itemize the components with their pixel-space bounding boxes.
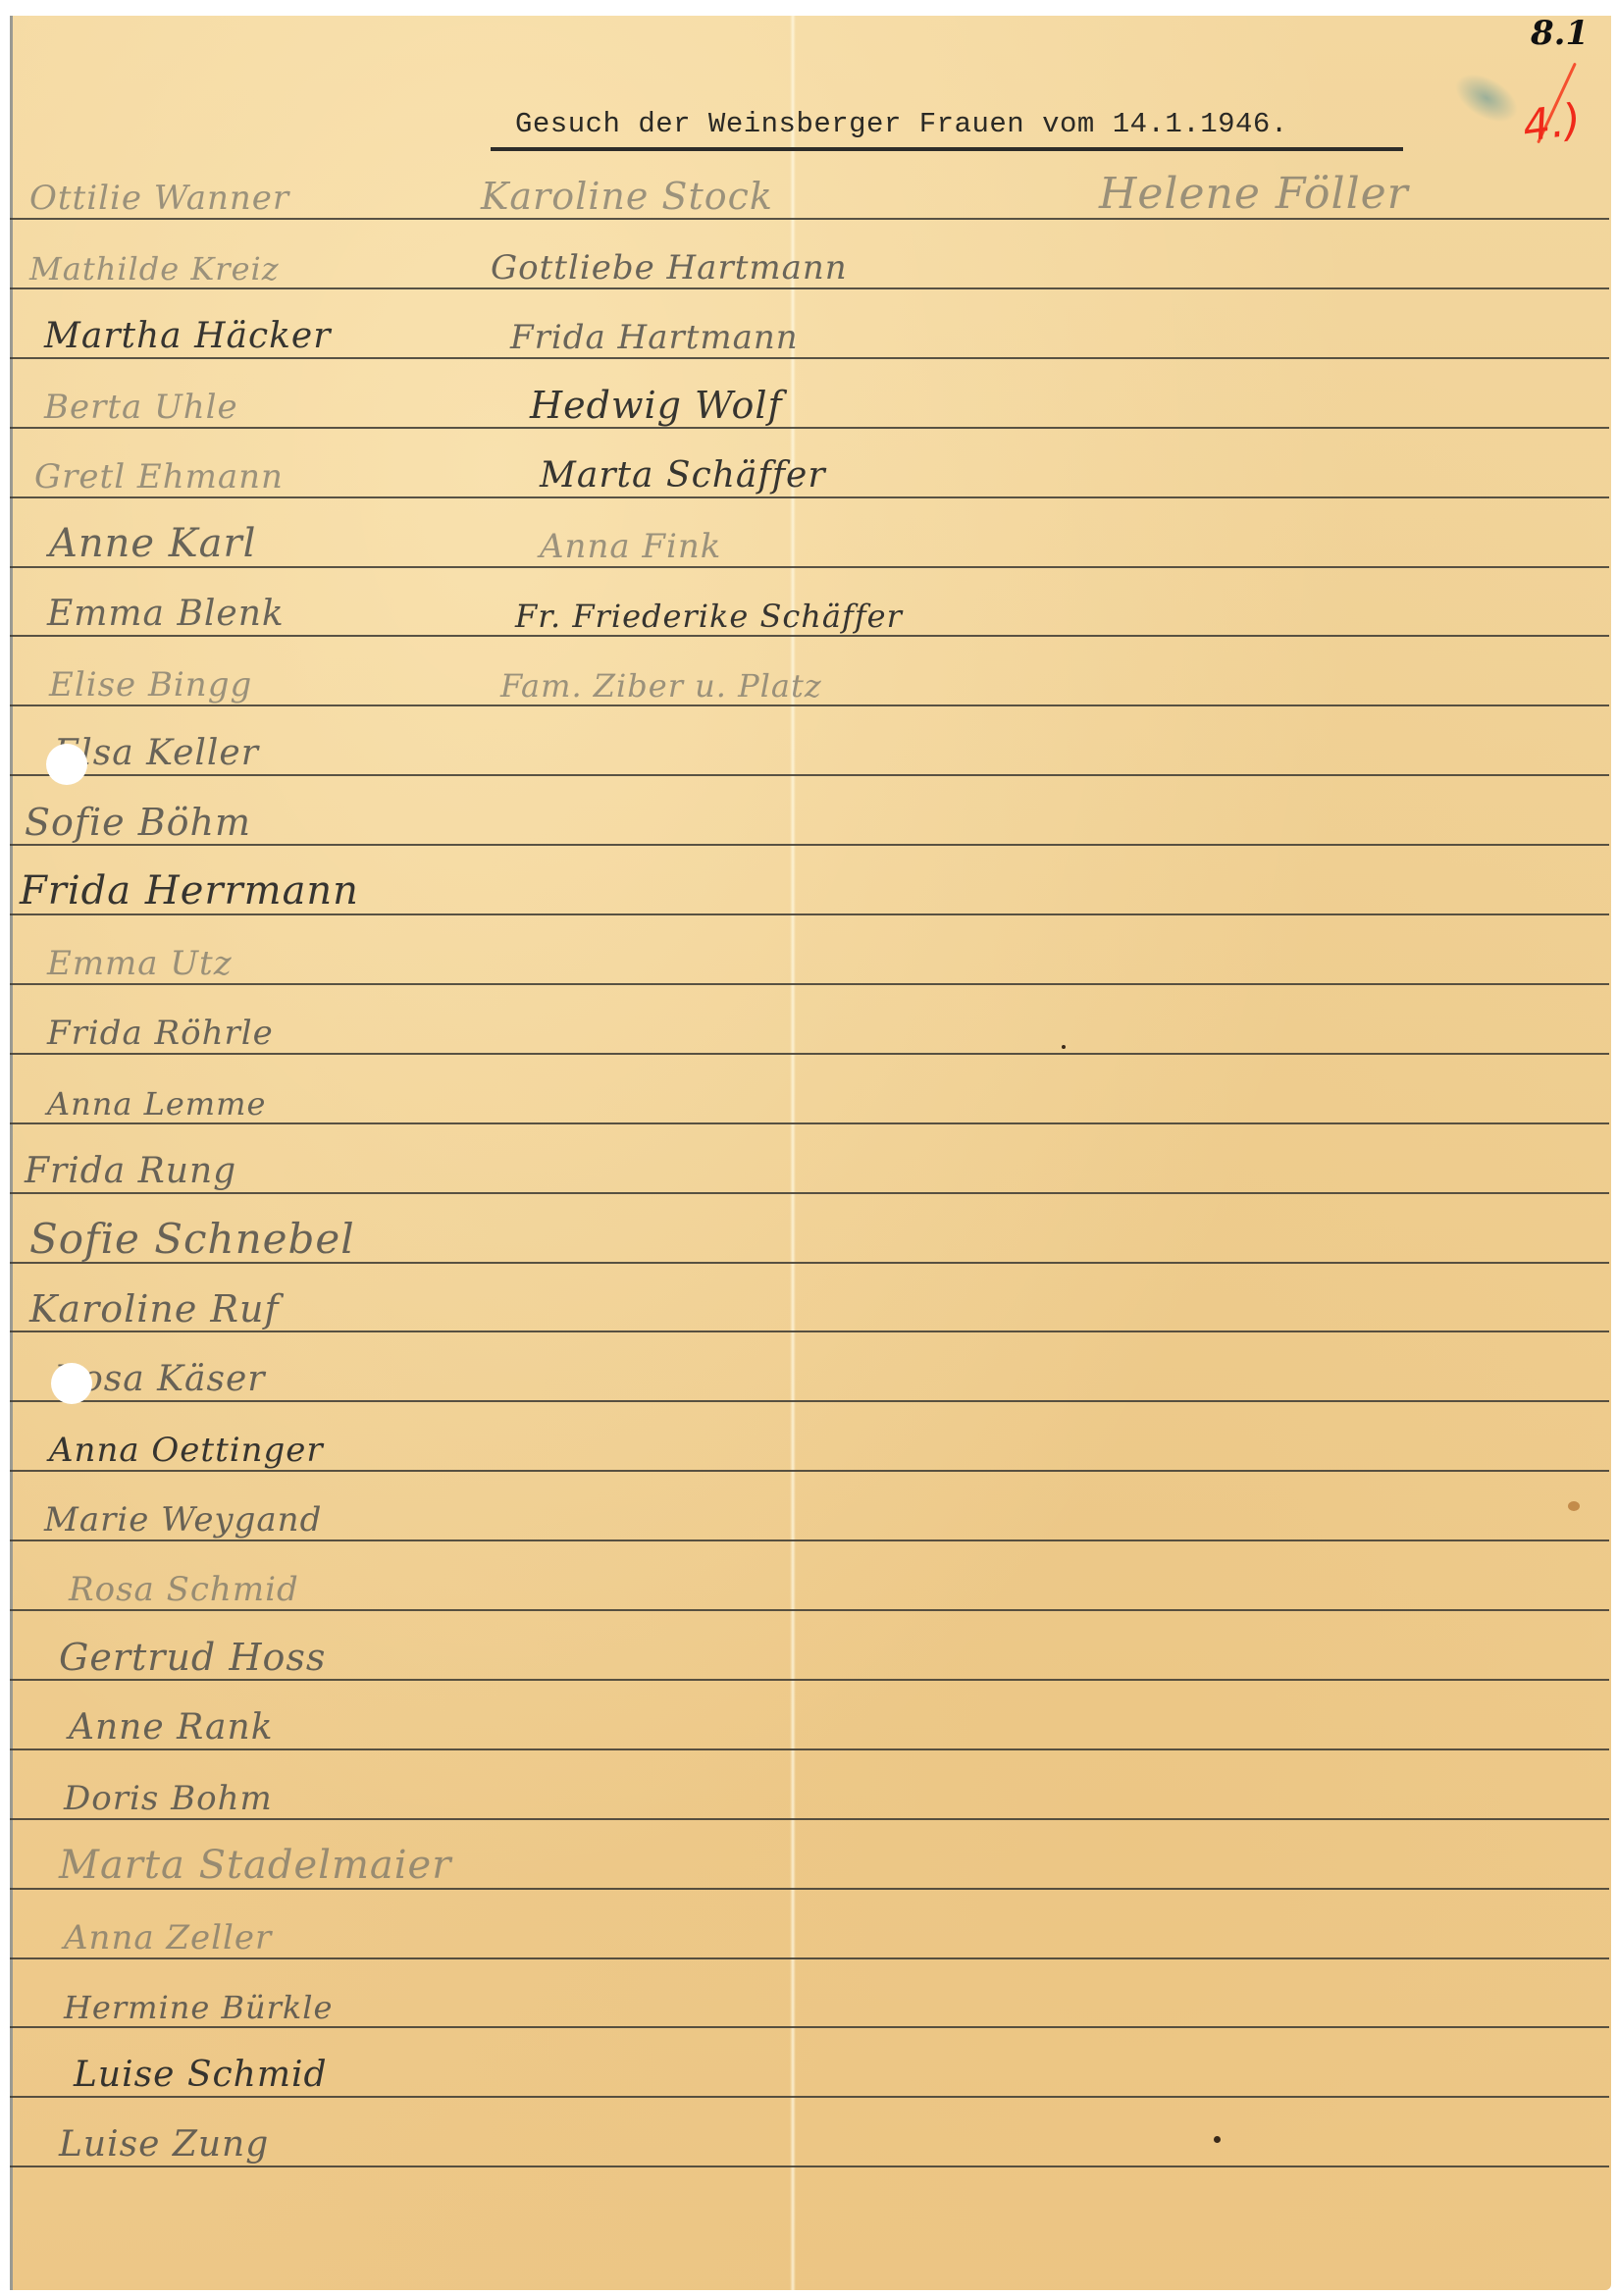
- signature: Anna Zeller: [64, 1918, 272, 1957]
- ruled-line: [10, 2096, 1609, 2098]
- signature: Elise Bingg: [49, 665, 252, 704]
- signature: Frida Rung: [25, 1151, 236, 1191]
- signature: Karoline Ruf: [29, 1287, 280, 1331]
- ruled-line: [10, 1192, 1609, 1194]
- signature: Fam. Ziber u. Platz: [500, 667, 822, 704]
- ruled-line: [10, 844, 1609, 846]
- signature: Berta Uhle: [44, 388, 238, 427]
- signature: Doris Bohm: [64, 1779, 273, 1818]
- paper-stain: [1568, 1501, 1580, 1511]
- ruled-line: [10, 983, 1609, 985]
- signature: Marie Weygand: [44, 1500, 322, 1539]
- signature: Anne Rank: [69, 1707, 274, 1748]
- ruled-line: [10, 1400, 1609, 1402]
- ruled-line: [10, 913, 1609, 915]
- signature: Fr. Friederike Schäffer: [515, 598, 903, 635]
- ruled-line: [10, 427, 1609, 429]
- signature: Frida Hartmann: [510, 318, 799, 357]
- punch-hole-bottom: [51, 1363, 92, 1404]
- signature: Helene Föller: [1099, 169, 1409, 219]
- signature: Sofie Böhm: [25, 801, 251, 844]
- ruled-line: [10, 774, 1609, 776]
- signature: Karoline Stock: [481, 175, 773, 218]
- ruled-line: [10, 1122, 1609, 1124]
- ruled-line: [10, 1053, 1609, 1055]
- ruled-line: [10, 1331, 1609, 1332]
- ruled-line: [10, 566, 1609, 568]
- ruled-line: [10, 1888, 1609, 1890]
- signature: Anna Lemme: [47, 1085, 266, 1122]
- ruled-line: [10, 1470, 1609, 1472]
- signature: Anna Fink: [540, 527, 721, 566]
- signature: Frida Röhrle: [47, 1014, 274, 1053]
- signature: Marta Schäffer: [540, 455, 826, 496]
- signature: Emma Utz: [47, 944, 233, 983]
- ruled-line: [10, 496, 1609, 498]
- ruled-line: [10, 1748, 1609, 1750]
- signature: Gertrud Hoss: [59, 1636, 326, 1679]
- ruled-line: [10, 287, 1609, 289]
- signature: Gretl Ehmann: [34, 457, 284, 496]
- signature: Anne Karl: [49, 521, 256, 566]
- signature: Mathilde Kreiz: [29, 250, 280, 287]
- ruled-line: [10, 1818, 1609, 1820]
- signature: Marta Stadelmaier: [59, 1843, 451, 1888]
- ruled-line: [10, 357, 1609, 359]
- signature: Ottilie Wanner: [29, 179, 289, 218]
- paper-speck: [1062, 1045, 1066, 1049]
- signature: Gottliebe Hartmann: [491, 248, 848, 287]
- red-annotation: 4.): [1520, 94, 1585, 152]
- signature: Luise Schmid: [74, 2055, 328, 2095]
- ruled-line: [10, 1539, 1609, 1541]
- signature: Luise Zung: [59, 2124, 269, 2165]
- ruled-line: [10, 2026, 1609, 2028]
- signature: Rosa Schmid: [69, 1570, 299, 1609]
- title-underline: [491, 147, 1403, 151]
- document-title: Gesuch der Weinsberger Frauen vom 14.1.1…: [515, 108, 1288, 140]
- signature: Martha Häcker: [44, 316, 331, 356]
- punch-hole-top: [46, 744, 87, 785]
- paper-speck: [1214, 2136, 1221, 2143]
- signature: Emma Blenk: [47, 594, 285, 634]
- signature: Sofie Schnebel: [29, 1215, 355, 1263]
- archive-number: 8.1: [1531, 14, 1589, 53]
- signature: Hedwig Wolf: [530, 384, 783, 427]
- signature: Anna Oettinger: [49, 1431, 324, 1470]
- ruled-line: [10, 2166, 1609, 2167]
- signature: Hermine Bürkle: [64, 1989, 333, 2026]
- ruled-line: [10, 1957, 1609, 1959]
- ruled-line: [10, 1609, 1609, 1611]
- ruled-line: [10, 635, 1609, 637]
- ruled-line: [10, 1679, 1609, 1681]
- signature: Frida Herrmann: [20, 868, 359, 913]
- ruled-line: [10, 704, 1609, 706]
